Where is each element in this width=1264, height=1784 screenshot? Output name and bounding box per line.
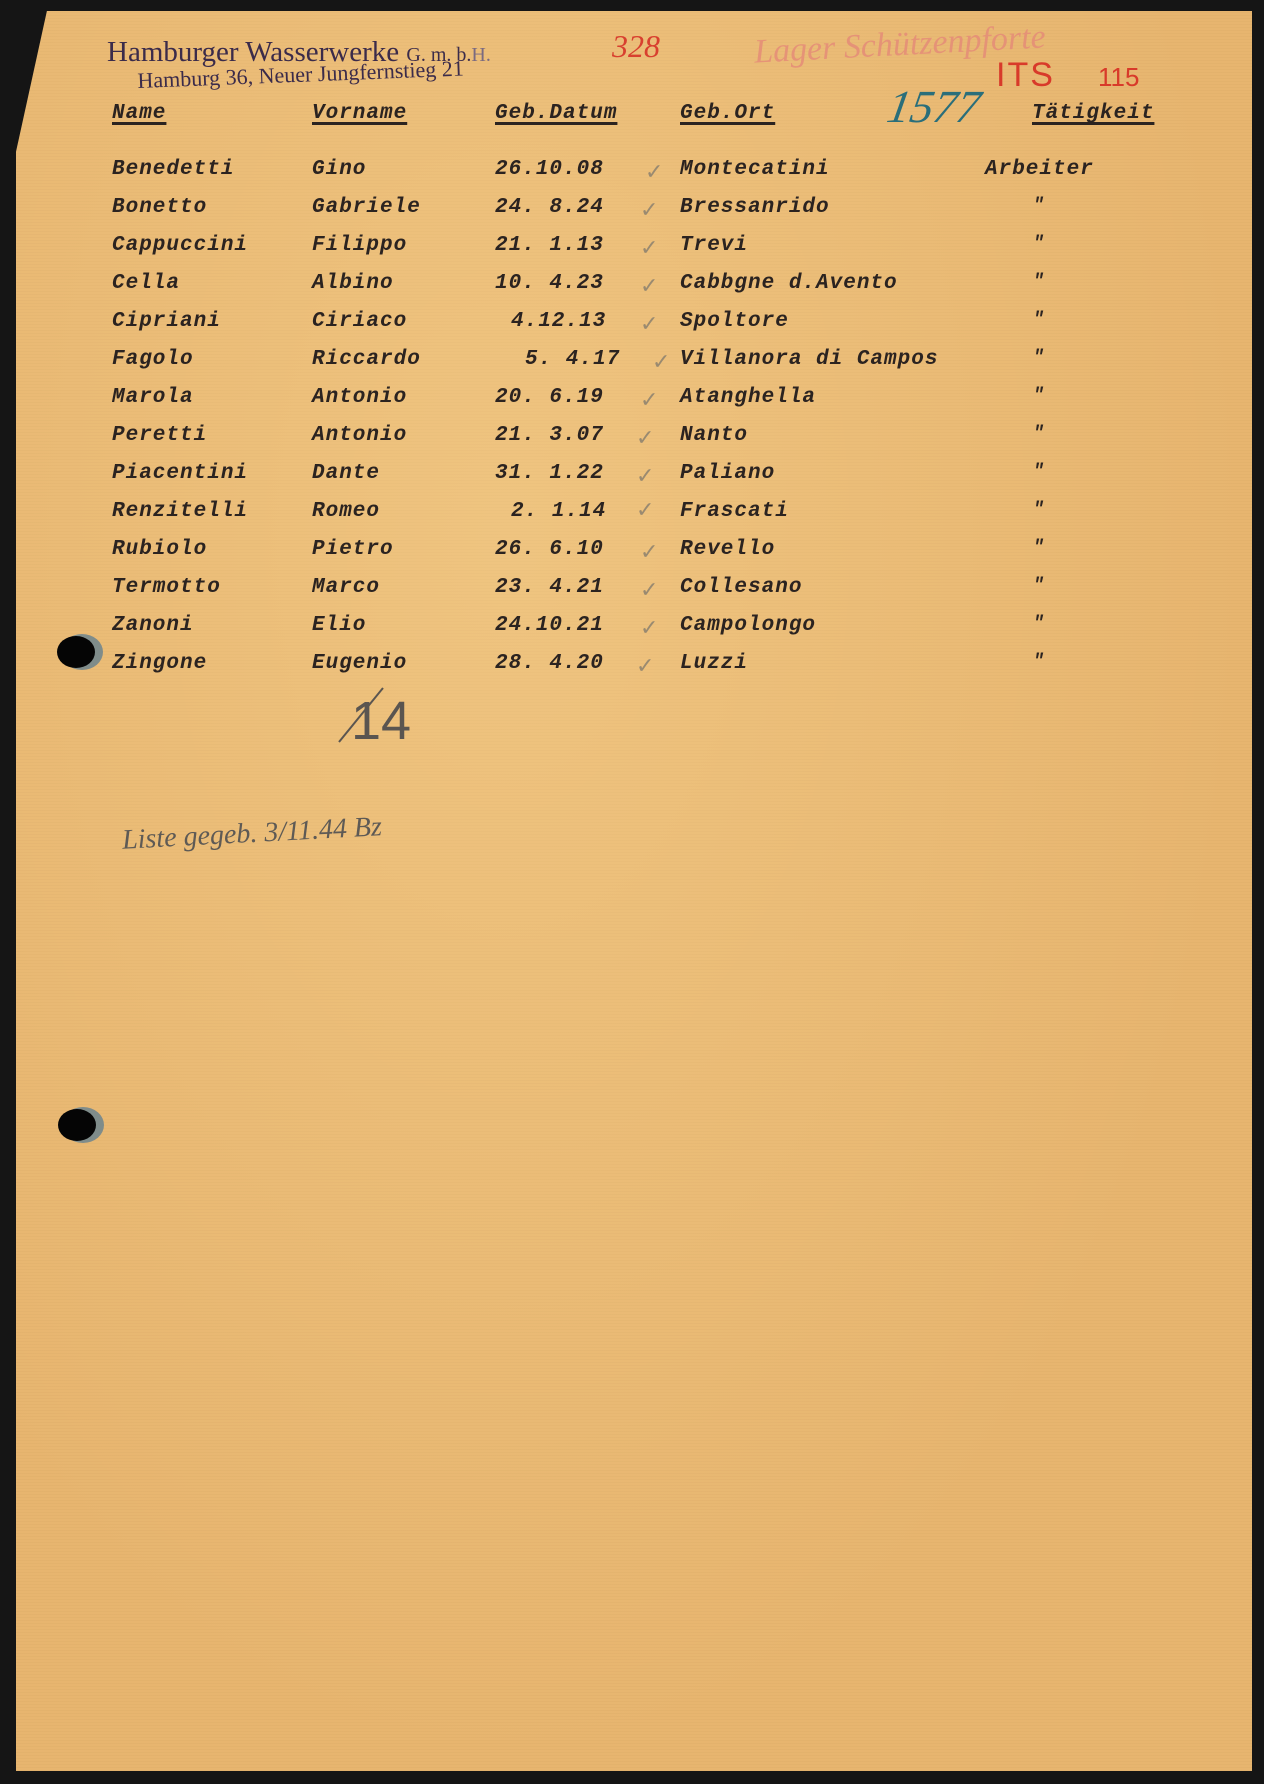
- its-stamp-label: ITS: [996, 56, 1055, 95]
- cell-name: Fagolo: [112, 348, 194, 371]
- cell-datum: 24.10.21: [495, 614, 604, 637]
- header-name: Name: [112, 102, 166, 125]
- cell-taetigkeit: Arbeiter: [985, 158, 1094, 181]
- cell-taetigkeit-ditto: ": [1033, 234, 1045, 254]
- cell-name: Benedetti: [112, 158, 234, 181]
- cell-vorname: Romeo: [312, 500, 380, 523]
- cell-taetigkeit-ditto: ": [1033, 310, 1045, 330]
- cell-datum: 4.12.13: [511, 310, 606, 333]
- cell-name: Zanoni: [112, 614, 194, 637]
- cell-datum: 23. 4.21: [495, 576, 604, 599]
- cell-datum: 21. 3.07: [495, 424, 604, 447]
- check-mark-icon: ✓: [640, 540, 658, 565]
- cell-vorname: Marco: [312, 576, 380, 599]
- header-vorname: Vorname: [312, 102, 407, 125]
- cell-vorname: Gabriele: [312, 196, 421, 219]
- cell-datum: 26.10.08: [495, 158, 604, 181]
- its-stamp-number: 115: [1098, 62, 1139, 93]
- cell-ort: Bressanrido: [680, 196, 830, 219]
- cell-name: Marola: [112, 386, 194, 409]
- check-mark-icon: ✓: [636, 654, 654, 679]
- check-mark-icon: ✓: [636, 426, 654, 451]
- header-taetigkeit: Tätigkeit: [1032, 102, 1154, 125]
- check-mark-icon: ✓: [640, 312, 658, 337]
- check-mark-icon: ✓: [640, 616, 658, 641]
- cell-ort: Nanto: [680, 424, 748, 447]
- cell-vorname: Ciriaco: [312, 310, 407, 333]
- cell-ort: Cabbgne d.Avento: [680, 272, 898, 295]
- cell-ort: Collesano: [680, 576, 802, 599]
- cell-ort: Revello: [680, 538, 775, 561]
- cell-datum: 24. 8.24: [495, 196, 604, 219]
- header-geb-datum: Geb.Datum: [495, 102, 617, 125]
- cell-datum: 31. 1.22: [495, 462, 604, 485]
- punch-hole-icon: [57, 636, 95, 668]
- cell-ort: Campolongo: [680, 614, 816, 637]
- cell-datum: 5. 4.17: [525, 348, 620, 371]
- document-page: [16, 11, 1252, 1771]
- cell-datum: 10. 4.23: [495, 272, 604, 295]
- cell-ort: Paliano: [680, 462, 775, 485]
- cell-ort: Luzzi: [680, 652, 748, 675]
- cell-name: Cappuccini: [112, 234, 248, 257]
- check-mark-icon: ✓: [640, 198, 658, 223]
- cell-taetigkeit-ditto: ": [1033, 614, 1045, 634]
- cell-vorname: Filippo: [312, 234, 407, 257]
- header-geb-ort: Geb.Ort: [680, 102, 775, 125]
- cell-taetigkeit-ditto: ": [1033, 500, 1045, 520]
- cell-taetigkeit-ditto: ": [1033, 652, 1045, 672]
- cell-datum: 20. 6.19: [495, 386, 604, 409]
- check-mark-icon: ✓: [640, 236, 658, 261]
- cell-vorname: Riccardo: [312, 348, 421, 371]
- cell-taetigkeit-ditto: ": [1033, 538, 1045, 558]
- cell-datum: 26. 6.10: [495, 538, 604, 561]
- cell-vorname: Dante: [312, 462, 380, 485]
- cell-name: Rubiolo: [112, 538, 207, 561]
- cell-taetigkeit-ditto: ": [1033, 348, 1045, 368]
- cell-name: Cella: [112, 272, 180, 295]
- check-mark-icon: ✓: [645, 160, 663, 185]
- red-handwritten-number: 328: [612, 28, 660, 65]
- cell-vorname: Pietro: [312, 538, 394, 561]
- cell-datum: 28. 4.20: [495, 652, 604, 675]
- cell-vorname: Antonio: [312, 386, 407, 409]
- cell-taetigkeit-ditto: ": [1033, 272, 1045, 292]
- cell-taetigkeit-ditto: ": [1033, 462, 1045, 482]
- check-mark-icon: ✓: [640, 388, 658, 413]
- cell-taetigkeit-ditto: ": [1033, 386, 1045, 406]
- cell-datum: 2. 1.14: [511, 500, 606, 523]
- cell-vorname: Gino: [312, 158, 366, 181]
- cell-name: Peretti: [112, 424, 207, 447]
- cell-ort: Spoltore: [680, 310, 789, 333]
- blue-handwritten-number: 1577: [883, 80, 984, 133]
- cell-vorname: Antonio: [312, 424, 407, 447]
- cell-ort: Montecatini: [680, 158, 830, 181]
- check-mark-icon: ✓: [640, 578, 658, 603]
- cell-vorname: Elio: [312, 614, 366, 637]
- cell-vorname: Eugenio: [312, 652, 407, 675]
- cell-ort: Trevi: [680, 234, 748, 257]
- cell-name: Piacentini: [112, 462, 248, 485]
- cell-name: Renzitelli: [112, 500, 248, 523]
- cell-ort: Atanghella: [680, 386, 816, 409]
- cell-vorname: Albino: [312, 272, 394, 295]
- cell-name: Zingone: [112, 652, 207, 675]
- cell-name: Bonetto: [112, 196, 207, 219]
- legal-form-h: H.: [471, 44, 490, 66]
- check-mark-icon: ✓: [636, 498, 654, 523]
- cell-taetigkeit-ditto: ": [1033, 576, 1045, 596]
- cell-taetigkeit-ditto: ": [1033, 196, 1045, 216]
- cell-ort: Villanora di Campos: [680, 348, 938, 371]
- cell-datum: 21. 1.13: [495, 234, 604, 257]
- cell-name: Termotto: [112, 576, 221, 599]
- cell-taetigkeit-ditto: ": [1033, 424, 1045, 444]
- check-mark-icon: ✓: [636, 464, 654, 489]
- check-mark-icon: ✓: [652, 350, 670, 375]
- cell-ort: Frascati: [680, 500, 789, 523]
- check-mark-icon: ✓: [640, 274, 658, 299]
- handwritten-count: 14: [337, 690, 397, 752]
- cell-name: Cipriani: [112, 310, 221, 333]
- punch-hole-icon: [58, 1109, 96, 1141]
